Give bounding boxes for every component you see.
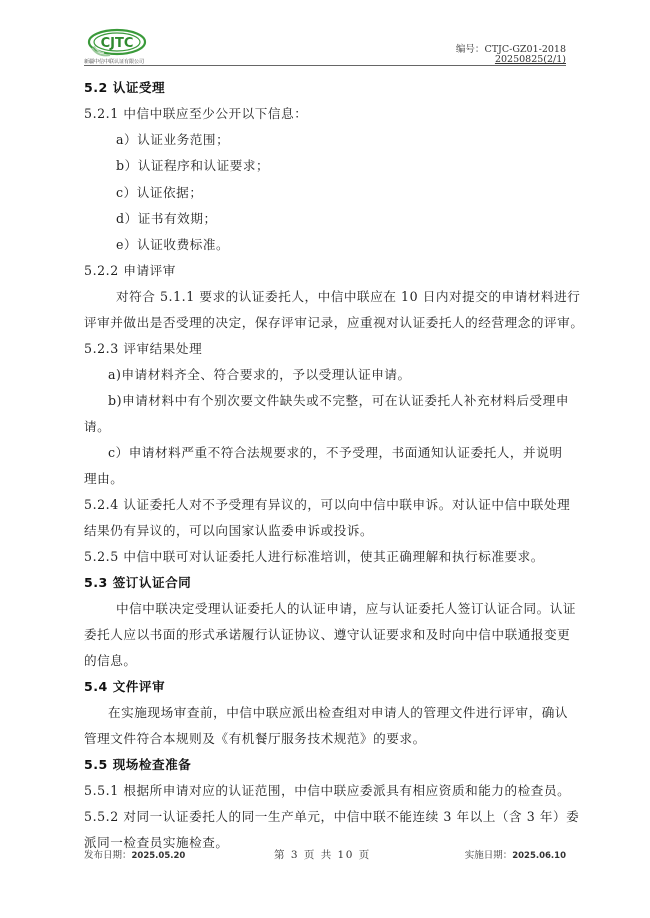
paragraph-line: 在实施现场审查前，中信中联应派出检查组对申请人的管理文件进行评审，确认	[108, 705, 568, 721]
logo-emblem-icon: CJTC	[84, 28, 148, 60]
paragraph-line: 请。	[84, 419, 110, 435]
effective-date-value: 2025.06.10	[512, 851, 566, 861]
document-page: CJTC 新疆中信中联认证有限公司 编号：CTJC-GZ01-2018 2025…	[0, 0, 650, 918]
svg-text:CJTC: CJTC	[101, 36, 134, 51]
paragraph-line: 中信中联决定受理认证委托人的认证申请，应与认证委托人签订认证合同。认证	[116, 601, 576, 617]
result-item-c: c）申请材料严重不符合法规要求的，不予受理，书面通知认证委托人，并说明	[108, 445, 563, 461]
page-footer: 发布日期：2025.05.20 第 3 页 共 10 页 实施日期：2025.0…	[84, 847, 566, 863]
clause-5-2-4: 5.2.4 认证委托人对不予受理有异议的，可以向中信中联申诉。对认证中信中联处理	[84, 497, 570, 513]
paragraph-line: 管理文件符合本规则及《有机餐厅服务技术规范》的要求。	[84, 731, 426, 747]
list-item-d: d）证书有效期；	[116, 211, 217, 227]
section-heading-5-2: 5.2 认证受理	[84, 80, 165, 96]
page-header: CJTC 新疆中信中联认证有限公司 编号：CTJC-GZ01-2018 2025…	[84, 28, 566, 64]
paragraph-line: 委托人应以书面的形式承诺履行认证协议、遵守认证要求和及时向中信中联通报变更	[84, 627, 570, 643]
clause-5-5-1: 5.5.1 根据所申请对应的认证范围，中信中联应委派具有相应资质和能力的检查员。	[84, 783, 570, 799]
publish-date-label: 发布日期：	[84, 850, 132, 861]
logo-subtitle: 新疆中信中联认证有限公司	[84, 58, 144, 65]
effective-date: 实施日期：2025.06.10	[465, 847, 566, 861]
list-item-b: b）认证程序和认证要求；	[116, 158, 269, 174]
publish-date-value: 2025.05.20	[132, 851, 186, 861]
paragraph-line: 的信息。	[84, 653, 137, 669]
paragraph-line: 理由。	[84, 471, 123, 487]
header-divider	[84, 65, 566, 66]
section-heading-5-4: 5.4 文件评审	[84, 679, 165, 695]
document-number: 编号：CTJC-GZ01-2018	[456, 41, 566, 55]
clause-5-2-1: 5.2.1 中信中联应至少公开以下信息：	[84, 106, 307, 122]
list-item-a: a）认证业务范围；	[116, 132, 229, 148]
clause-5-5-2: 5.5.2 对同一认证委托人的同一生产单元，中信中联不能连续 3 年以上（含 3…	[84, 809, 579, 825]
effective-date-label: 实施日期：	[465, 850, 513, 861]
result-item-a: a)申请材料齐全、符合要求的，予以受理认证申请。	[108, 367, 411, 383]
document-number-label: 编号：	[456, 44, 485, 55]
clause-5-2-3: 5.2.3 评审结果处理	[84, 341, 202, 357]
clause-5-2-5: 5.2.5 中信中联可对认证委托人进行标准培训，使其正确理解和执行标准要求。	[84, 549, 544, 565]
section-heading-5-5: 5.5 现场检查准备	[84, 757, 191, 773]
publish-date: 发布日期：2025.05.20	[84, 847, 185, 861]
list-item-c: c）认证依据；	[116, 185, 202, 201]
paragraph-line: 评审并做出是否受理的决定，保存评审记录，应重视对认证委托人的经营理念的评审。	[84, 315, 583, 331]
paragraph-line: 对符合 5.1.1 要求的认证委托人，中信中联应在 10 日内对提交的申请材料进…	[116, 289, 580, 305]
section-heading-5-3: 5.3 签订认证合同	[84, 575, 191, 591]
list-item-e: e）认证收费标准。	[116, 237, 229, 253]
result-item-b: b)申请材料中有个别次要文件缺失或不完整，可在认证委托人补充材料后受理申	[108, 393, 569, 409]
document-version: 20250825(2/1)	[495, 54, 566, 65]
company-logo: CJTC 新疆中信中联认证有限公司	[84, 28, 148, 64]
page-number: 第 3 页 共 10 页	[274, 847, 371, 862]
clause-5-2-2: 5.2.2 申请评审	[84, 263, 176, 279]
paragraph-line: 结果仍有异议的，可以向国家认监委申诉或投诉。	[84, 523, 373, 539]
